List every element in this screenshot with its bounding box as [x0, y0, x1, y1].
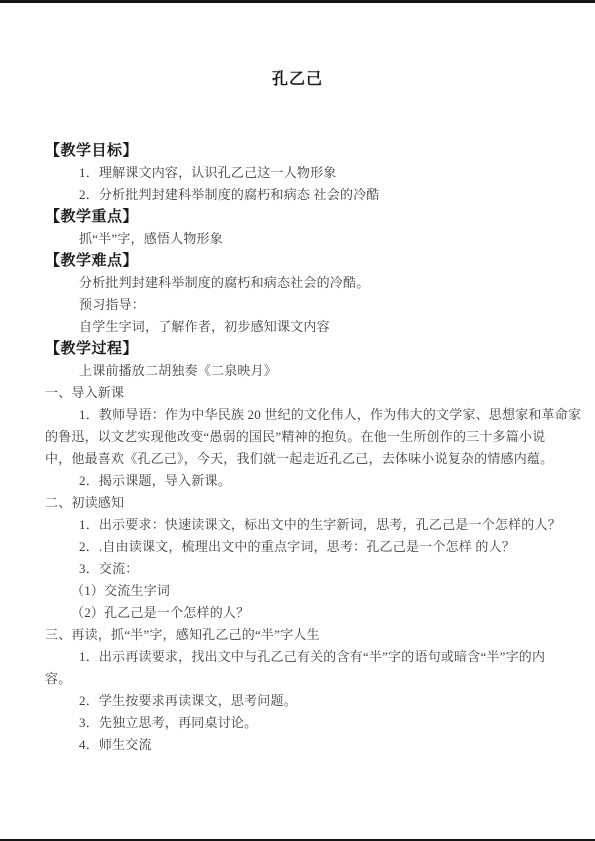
doc-line: 容。	[45, 668, 555, 690]
doc-line: 3．先独立思考，再同桌讨论。	[45, 712, 555, 734]
doc-line: 一、导入新课	[45, 382, 555, 404]
doc-line: 分析批判封建科举制度的腐朽和病态社会的冷酷。	[45, 272, 555, 294]
doc-line: 中，他最喜欢《孔乙己》，今天，我们就一起走近孔乙己，去体味小说复杂的情感内蕴。	[45, 448, 555, 470]
doc-line: 4．师生交流	[45, 734, 555, 756]
doc-line: 2．揭示课题，导入新课。	[45, 470, 555, 492]
doc-line: 二、初读感知	[45, 492, 555, 514]
section-heading: 【教学过程】	[45, 338, 555, 360]
doc-line: 三、再读，抓“半”字，感知孔乙己的“半”字人生	[45, 624, 555, 646]
doc-line: 预习指导：	[45, 294, 555, 316]
doc-line: 1．理解课文内容，认识孔乙己这一人物形象	[45, 162, 555, 184]
document-body: 【教学目标】1．理解课文内容，认识孔乙己这一人物形象2．分析批判封建科举制度的腐…	[0, 140, 595, 756]
doc-line: 2．学生按要求再读课文，思考问题。	[45, 690, 555, 712]
document-page: 孔乙己 【教学目标】1．理解课文内容，认识孔乙己这一人物形象2．分析批判封建科举…	[0, 0, 595, 841]
section-heading: 【教学重点】	[45, 206, 555, 228]
section-heading: 【教学目标】	[45, 140, 555, 162]
doc-line: 1．出示要求：快速读课文，标出文中的生字新词，思考，孔乙己是一个怎样的人？	[45, 514, 555, 536]
doc-line: 1．出示再读要求，找出文中与孔乙己有关的含有“半”字的语句或暗含“半”字的内	[45, 646, 555, 668]
document-title: 孔乙己	[0, 67, 595, 93]
doc-line: 2．分析批判封建科举制度的腐朽和病态 社会的冷酷	[45, 184, 555, 206]
doc-line: 抓“半”字，感悟人物形象	[45, 228, 555, 250]
doc-line: （2）孔乙己是一个怎样的人？	[45, 602, 555, 624]
section-heading: 【教学难点】	[45, 250, 555, 272]
doc-line: 2．.自由读课文，梳理出文中的重点字词，思考：孔乙己是一个怎样 的人？	[45, 536, 555, 558]
doc-line: 的鲁迅，以文艺实现他改变“愚弱的国民”精神的抱负。在他一生所创作的三十多篇小说	[45, 426, 555, 448]
doc-line: 自学生字词，了解作者，初步感知课文内容	[45, 316, 555, 338]
doc-line: 1．教师导语：作为中华民族 20 世纪的文化伟人，作为伟大的文学家、思想家和革命…	[45, 404, 555, 426]
doc-line: 3．交流：	[45, 558, 555, 580]
doc-line: （1）交流生字词	[45, 580, 555, 602]
doc-line: 上课前播放二胡独奏《二泉映月》	[45, 360, 555, 382]
